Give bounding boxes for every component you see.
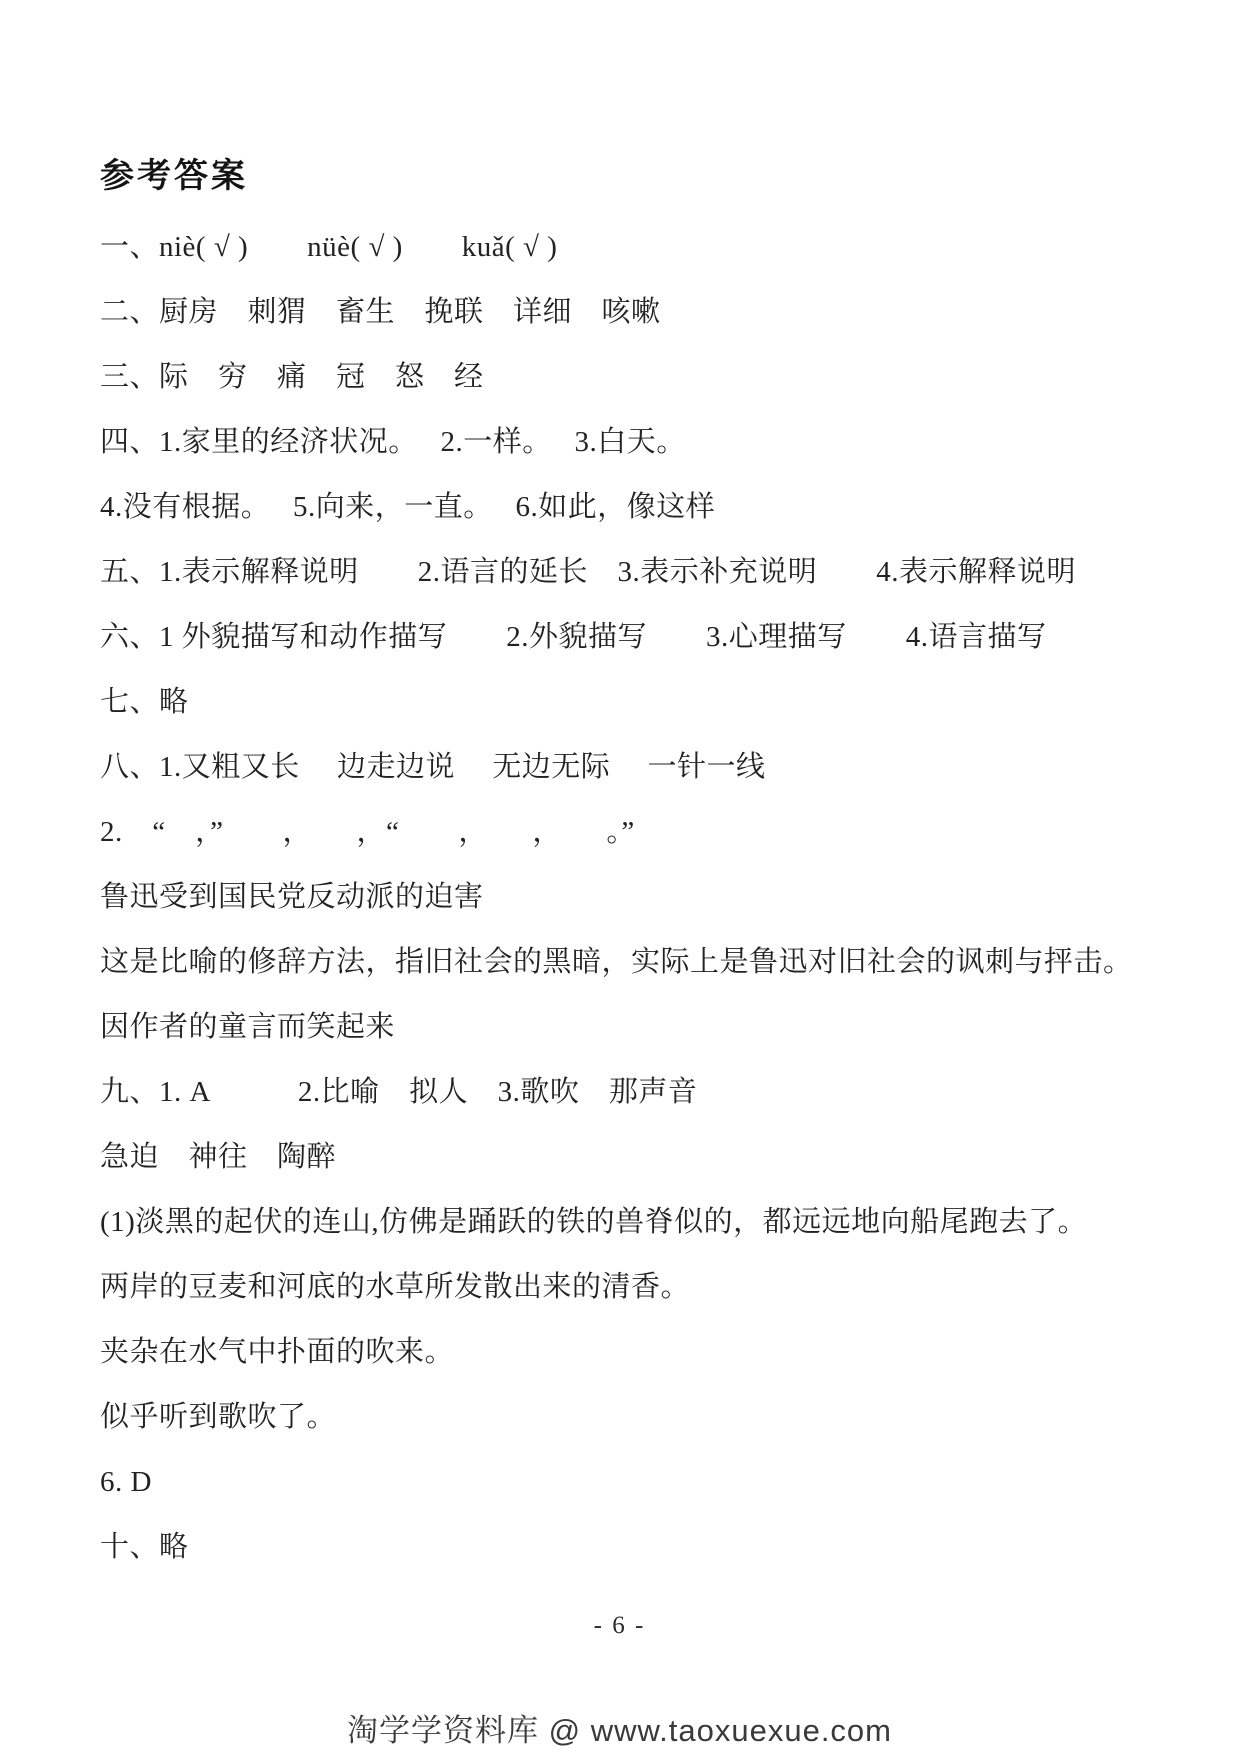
answer-lines: 一、niè( √ ) nüè( √ ) kuǎ( √ ) 二、厨房 刺猬 畜生 … [100, 215, 1199, 1580]
answer-line-section-8-text-1: 鲁迅受到国民党反动派的迫害 [100, 865, 1199, 930]
answer-line-section-8-text-2: 这是比喻的修辞方法，指旧社会的黑暗，实际上是鲁迅对旧社会的讽刺与抨击。 [100, 930, 1199, 995]
answer-key-page: 参考答案 一、niè( √ ) nüè( √ ) kuǎ( √ ) 二、厨房 刺… [0, 0, 1239, 1754]
watermark-text: 淘学学资料库 @ www.taoxuexue.com [0, 1705, 1239, 1750]
answer-line-section-1: 一、niè( √ ) nüè( √ ) kuǎ( √ ) [100, 215, 1199, 280]
answer-line-section-8: 八、1.又粗又长 边走边说 无边无际 一针一线 [100, 735, 1199, 800]
answer-line-section-8-text-3: 因作者的童言而笑起来 [100, 995, 1199, 1060]
page-title: 参考答案 [100, 148, 248, 197]
page-number: - 6 - [0, 1612, 1239, 1640]
answer-line-section-9-sentence-1: (1)淡黑的起伏的连山,仿佛是踊跃的铁的兽脊似的，都远远地向船尾跑去了。 [100, 1190, 1199, 1255]
answer-line-section-8-q2: 2. “ ，” ， ，“ ， ， 。” [100, 800, 1199, 865]
answer-line-section-9-words: 急迫 神往 陶醉 [100, 1125, 1199, 1190]
answer-line-section-10: 十、略 [100, 1515, 1199, 1580]
answer-line-section-9-sentence-3: 夹杂在水气中扑面的吹来。 [100, 1320, 1199, 1385]
answer-line-section-9-sentence-2: 两岸的豆麦和河底的水草所发散出来的清香。 [100, 1255, 1199, 1320]
answer-line-section-4-cont: 4.没有根据。 5.向来，一直。 6.如此，像这样 [100, 475, 1199, 540]
answer-line-section-2: 二、厨房 刺猬 畜生 挽联 详细 咳嗽 [100, 280, 1199, 345]
answer-line-section-7: 七、略 [100, 670, 1199, 735]
answer-line-section-9-sentence-4: 似乎听到歌吹了。 [100, 1385, 1199, 1450]
answer-line-section-3: 三、际 穷 痛 冠 怒 经 [100, 345, 1199, 410]
answer-line-section-6: 六、1 外貌描写和动作描写 2.外貌描写 3.心理描写 4.语言描写 [100, 605, 1199, 670]
answer-line-section-5: 五、1.表示解释说明 2.语言的延长 3.表示补充说明 4.表示解释说明 [100, 540, 1199, 605]
answer-line-section-9: 九、1. A 2.比喻 拟人 3.歌吹 那声音 [100, 1060, 1199, 1125]
answer-line-section-9-q6: 6. D [100, 1450, 1199, 1515]
answer-line-section-4: 四、1.家里的经济状况。 2.一样。 3.白天。 [100, 410, 1199, 475]
